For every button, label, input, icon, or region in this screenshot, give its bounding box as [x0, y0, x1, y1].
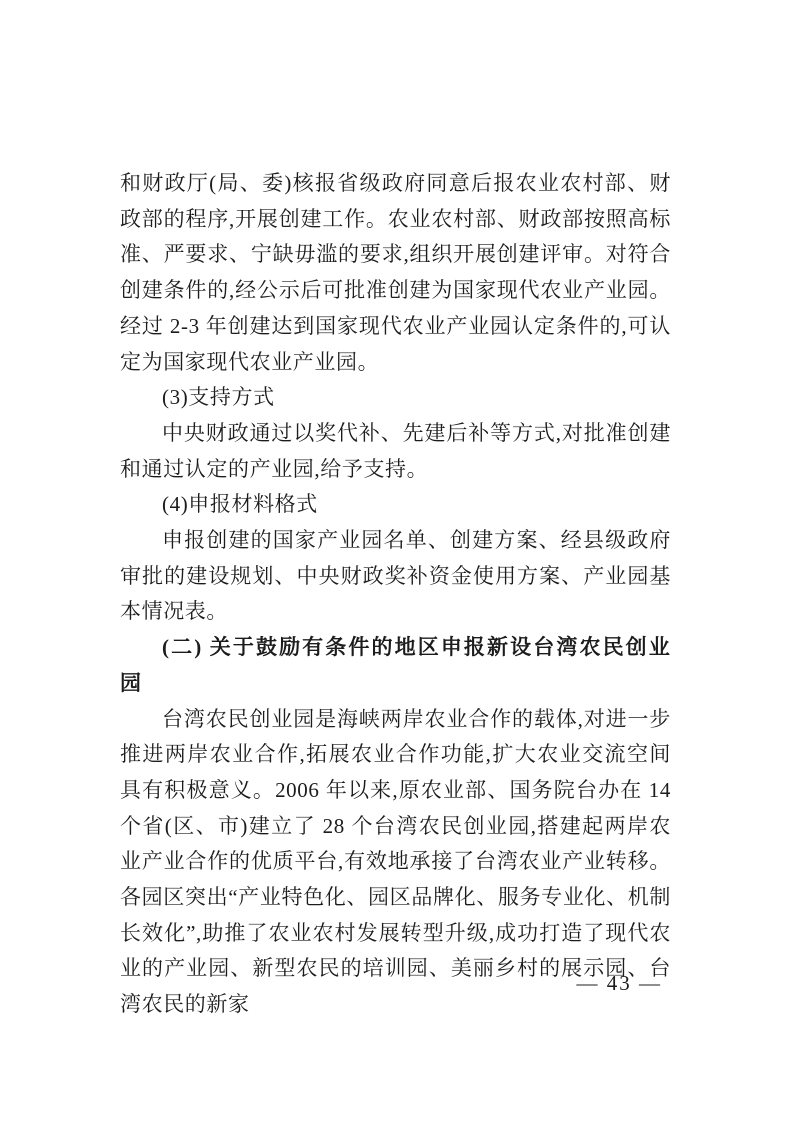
paragraph-continuation: 和财政厅(局、委)核报省级政府同意后报农业农村部、财政部的程序,开展创建工作。农… [120, 166, 671, 380]
document-body: 和财政厅(局、委)核报省级政府同意后报农业农村部、财政部的程序,开展创建工作。农… [120, 166, 671, 1023]
list-item-heading-4: (4)申报材料格式 [120, 487, 671, 523]
document-page: 和财政厅(局、委)核报省级政府同意后报农业农村部、财政部的程序,开展创建工作。农… [0, 0, 793, 1122]
paragraph: 中央财政通过以奖代补、先建后补等方式,对批准创建和通过认定的产业园,给予支持。 [120, 416, 671, 487]
list-item-heading-3: (3)支持方式 [120, 380, 671, 416]
page-number: — 43 — [577, 970, 663, 996]
section-heading: (二) 关于鼓励有条件的地区申报新设台湾农民创业园 [120, 630, 671, 701]
paragraph: 申报创建的国家产业园名单、创建方案、经县级政府审批的建设规划、中央财政奖补资金使… [120, 523, 671, 630]
